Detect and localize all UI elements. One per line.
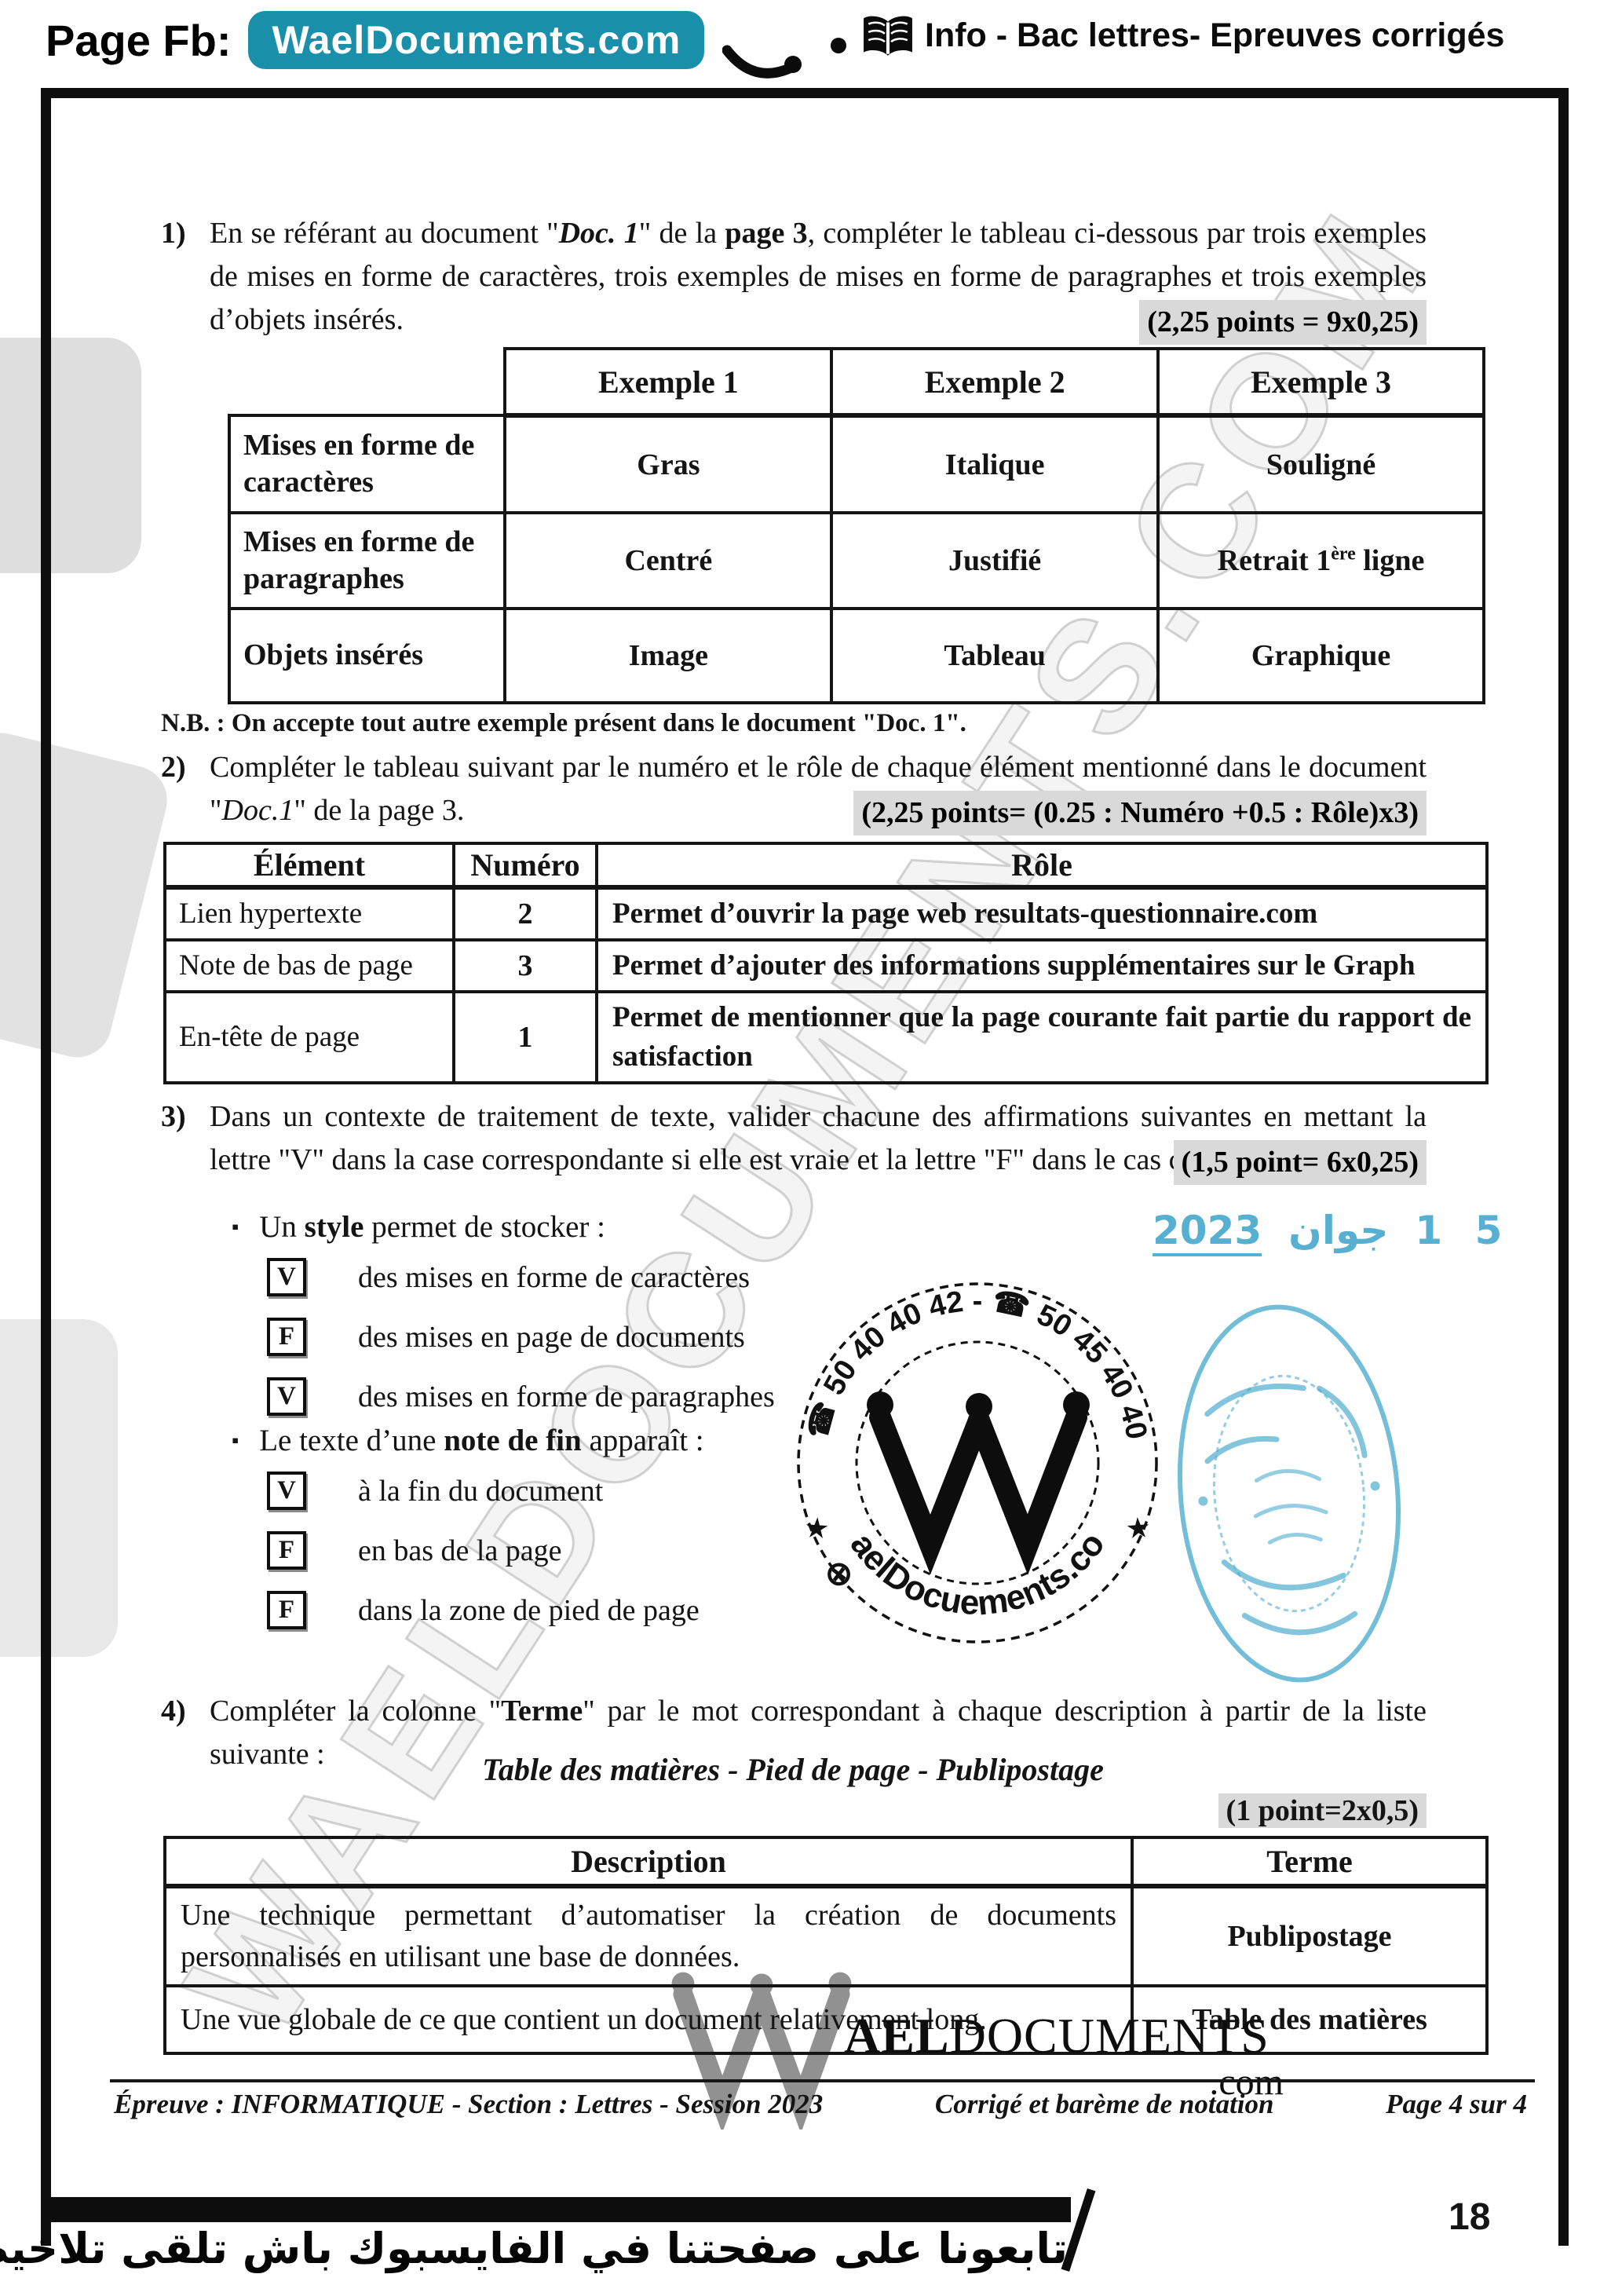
number-cell: 3 xyxy=(454,940,597,992)
b2-text: Le texte d’une xyxy=(259,1424,444,1457)
table-cell: Tableau xyxy=(831,609,1158,703)
table-cell: Image xyxy=(505,609,831,703)
question-3: 3) Dans un contexte de traitement de tex… xyxy=(161,1095,1427,1182)
vf-item: V à la fin du document xyxy=(267,1472,700,1510)
terms-list: Table des matières - Pied de page - Publ… xyxy=(314,1751,1272,1788)
elements-table: Élément Numéro Rôle Lien hypertexte 2 Pe… xyxy=(163,842,1489,1084)
answer-checkbox[interactable]: V xyxy=(267,1472,306,1510)
bullet-dot-icon xyxy=(831,38,846,53)
answer-checkbox[interactable]: V xyxy=(267,1377,306,1416)
cell-superscript: ère xyxy=(1331,543,1356,564)
bullet-statement-style: ▪ Un style permet de stocker : xyxy=(232,1209,605,1245)
official-blue-stamp xyxy=(1155,1288,1423,1699)
column-header: Exemple 1 xyxy=(505,349,831,415)
column-header: Exemple 2 xyxy=(831,349,1158,415)
vf-item: V des mises en forme de paragraphes xyxy=(267,1377,775,1416)
table-row: Une vue globale de ce que contient un do… xyxy=(165,1986,1487,2053)
bottom-black-bar xyxy=(41,2197,1071,2222)
question-text: En se référant au document "Doc. 1" de l… xyxy=(210,212,1427,342)
answer-label: dans la zone de pied de page xyxy=(358,1593,700,1628)
footer-exam-info: Épreuve : INFORMATIQUE - Section : Lettr… xyxy=(114,2089,823,2120)
role-cell: Permet de mentionner que la page courant… xyxy=(597,992,1487,1083)
arabic-follow-us-text: تابعونا على صفحتنا في الفايسبوك باش تلقى… xyxy=(20,2224,1068,2273)
role-cell: Permet d’ajouter des informations supplé… xyxy=(597,940,1487,992)
blue-date-stamp: 2023 جوان 1 5 xyxy=(1153,1208,1511,1256)
pen-swoosh-icon xyxy=(722,41,809,96)
points-badge: (2,25 points= (0.25 : Numéro +0.5 : Rôle… xyxy=(853,791,1427,835)
points-badge: (1 point=2x0,5) xyxy=(1218,1793,1427,1828)
square-bullet-icon: ▪ xyxy=(232,1429,239,1453)
table-cell: Italique xyxy=(831,415,1158,513)
bullet-text: Le texte d’une note de fin apparaît : xyxy=(259,1423,703,1458)
table-row: Lien hypertexte 2 Permet d’ouvrir la pag… xyxy=(165,887,1487,940)
answer-checkbox[interactable]: V xyxy=(267,1258,306,1296)
q1-doc-ref: Doc. 1 xyxy=(559,217,639,250)
answer-label: des mises en forme de paragraphes xyxy=(358,1380,775,1414)
square-bullet-icon: ▪ xyxy=(232,1216,239,1239)
answer-label: en bas de la page xyxy=(358,1534,562,1568)
b1-bold: style xyxy=(305,1210,364,1244)
answer-label: des mises en page de documents xyxy=(358,1320,745,1355)
nb-note: N.B. : On accepte tout autre exemple pré… xyxy=(161,709,966,738)
scan-smudge xyxy=(0,1319,118,1657)
bullet-statement-endnote: ▪ Le texte d’une note de fin apparaît : xyxy=(232,1423,704,1458)
star-icon: ★ xyxy=(797,1511,835,1546)
table-cell: Souligné xyxy=(1158,415,1484,513)
scan-smudge xyxy=(0,338,141,573)
b2-bold: note de fin xyxy=(444,1424,582,1457)
row-label: Mises en forme de paragraphes xyxy=(229,513,505,609)
element-cell: Note de bas de page xyxy=(165,940,454,992)
answer-label: des mises en forme de caractères xyxy=(358,1260,750,1295)
table-row: Note de bas de page 3 Permet d’ajouter d… xyxy=(165,940,1487,992)
page-fb-label: Page Fb: xyxy=(46,15,231,66)
points-badge: (2,25 points = 9x0,25) xyxy=(1139,300,1427,345)
date-year: 2023 xyxy=(1153,1208,1262,1256)
question-text: Dans un contexte de traitement de texte,… xyxy=(210,1095,1427,1182)
waeldocuments-round-stamp: ☎ 50 40 40 42 - ☎ 50 45 40 40 WaelDocuem… xyxy=(785,1270,1170,1655)
footer-correction-label: Corrigé et barème de notation xyxy=(935,2089,1274,2120)
stamp-w-logo xyxy=(880,1417,1076,1545)
table-cell: Justifié xyxy=(831,513,1158,609)
bullet-text: Un style permet de stocker : xyxy=(259,1209,605,1245)
column-header: Élément xyxy=(165,843,454,887)
open-book-icon xyxy=(862,14,914,57)
table-cell: Centré xyxy=(505,513,831,609)
facebook-page-badge[interactable]: WaelDocuments.com xyxy=(248,11,704,69)
number-cell: 2 xyxy=(454,887,597,940)
footer: Épreuve : INFORMATIQUE - Section : Lettr… xyxy=(114,2089,1527,2120)
q4-terme-ref: Terme xyxy=(501,1695,583,1727)
q2-text: " de la page 3. xyxy=(294,794,464,827)
role-cell: Permet d’ouvrir la page web resultats-qu… xyxy=(597,887,1487,940)
vf-item: F des mises en page de documents xyxy=(267,1318,775,1356)
q1-text: " de la xyxy=(639,217,725,250)
empty-corner-cell xyxy=(229,349,505,415)
table-cell: Graphique xyxy=(1158,609,1484,703)
cell-text: Retrait 1 xyxy=(1218,544,1332,577)
header-left: Page Fb: WaelDocuments.com xyxy=(46,11,704,69)
vf-group-style: V des mises en forme de caractères F des… xyxy=(267,1258,775,1416)
scan-smudge xyxy=(0,726,174,1065)
row-label: Objets insérés xyxy=(229,609,505,703)
page-number: 18 xyxy=(1448,2195,1490,2239)
answer-checkbox[interactable]: F xyxy=(267,1531,306,1570)
question-text: Compléter le tableau suivant par le numé… xyxy=(210,746,1427,832)
b1-text: Un xyxy=(259,1210,304,1244)
answer-label: à la fin du document xyxy=(358,1474,603,1508)
date-month-arabic: جوان xyxy=(1288,1208,1388,1253)
row-label: Mises en forme de caractères xyxy=(229,415,505,513)
element-cell: Lien hypertexte xyxy=(165,887,454,940)
question-2: 2) Compléter le tableau suivant par le n… xyxy=(161,746,1427,832)
description-cell: Une technique permettant d’automatiser l… xyxy=(165,1886,1132,1986)
q1-page-ref: page 3 xyxy=(725,217,807,250)
q1-text: En se référant au document " xyxy=(210,217,559,250)
number-cell: 1 xyxy=(454,992,597,1083)
logo-bold-part: AEL xyxy=(844,2008,950,2064)
table-cell: Gras xyxy=(505,415,831,513)
footer-rule xyxy=(110,2079,1535,2082)
column-header: Terme xyxy=(1132,1837,1487,1886)
table-cell: Retrait 1ère ligne xyxy=(1158,513,1484,609)
date-day: 1 5 xyxy=(1415,1208,1511,1253)
column-header: Description xyxy=(165,1837,1132,1886)
table-row: En-tête de page 1 Permet de mentionner q… xyxy=(165,992,1487,1083)
stamp-site-text: WaelDocuements.com xyxy=(843,1432,1112,1623)
logo-rest-part: DOCUMENTS xyxy=(950,2008,1269,2064)
question-number: 4) xyxy=(161,1690,210,1776)
table-row: Mises en forme de caractères Gras Italiq… xyxy=(229,415,1484,513)
table-row: Mises en forme de paragraphes Centré Jus… xyxy=(229,513,1484,609)
b2-text: apparaît : xyxy=(582,1424,704,1457)
svg-text:WaelDocuements.com: WaelDocuements.com xyxy=(843,1432,1112,1623)
vf-item: V des mises en forme de caractères xyxy=(267,1258,775,1296)
column-header: Rôle xyxy=(597,843,1487,887)
q4-points-line: (1 point=2x0,5) xyxy=(161,1793,1427,1828)
footer-page-indicator: Page 4 sur 4 xyxy=(1386,2089,1527,2120)
answer-checkbox[interactable]: F xyxy=(267,1591,306,1629)
q2-doc-ref: Doc.1 xyxy=(222,794,294,827)
points-badge: (1,5 point= 6x0,25) xyxy=(1174,1140,1427,1185)
element-cell: En-tête de page xyxy=(165,992,454,1083)
question-number: 1) xyxy=(161,212,210,342)
description-terme-table: Description Terme Une technique permetta… xyxy=(163,1836,1489,2055)
column-header: Exemple 3 xyxy=(1158,349,1484,415)
vf-group-endnote: V à la fin du document F en bas de la pa… xyxy=(267,1472,700,1629)
question-number: 3) xyxy=(161,1095,210,1182)
question-1: 1) En se référant au document "Doc. 1" d… xyxy=(161,212,1427,342)
cell-text: ligne xyxy=(1356,544,1425,577)
table-row: Objets insérés Image Tableau Graphique xyxy=(229,609,1484,703)
vf-item: F dans la zone de pied de page xyxy=(267,1591,700,1629)
scanned-exam-page: WAELDOCUMENTS.COM Page Fb: WaelDocuments… xyxy=(0,0,1622,2296)
b1-text: permet de stocker : xyxy=(363,1210,605,1244)
terme-cell: Publipostage xyxy=(1132,1886,1487,1986)
column-header: Numéro xyxy=(454,843,597,887)
question-number: 2) xyxy=(161,746,210,832)
examples-table: Exemple 1 Exemple 2 Exemple 3 Mises en f… xyxy=(228,347,1485,704)
table-row: Une technique permettant d’automatiser l… xyxy=(165,1886,1487,1986)
answer-checkbox[interactable]: F xyxy=(267,1318,306,1356)
q4-text: Compléter la colonne " xyxy=(210,1695,501,1727)
vf-item: F en bas de la page xyxy=(267,1531,700,1570)
star-icon: ★ xyxy=(1120,1511,1158,1546)
